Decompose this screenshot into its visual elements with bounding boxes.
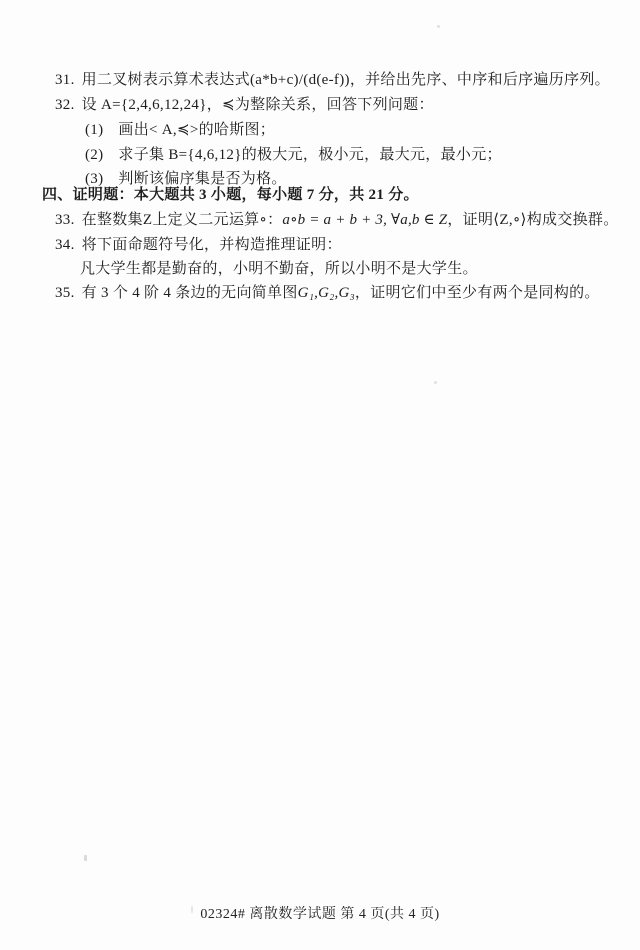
part-text: 判断该偏序集是否为格。	[118, 171, 286, 187]
question-35: 35.有 3 个 4 阶 4 条边的无向简单图G₁,G₂,G₃，证明它们中至少有…	[55, 285, 600, 301]
question-32: 32.设 A={2,4,6,12,24}，≼为整除关系，回答下列问题：	[55, 97, 434, 113]
question-text-suffix: ，证明它们中至少有两个是同构的。	[355, 285, 600, 301]
scan-artifact	[84, 855, 87, 861]
part-text: 求子集 B={4,6,12}的极大元，极小元，最大元，最小元；	[118, 147, 501, 163]
question-text-prefix: 在整数集Z上定义二元运算∘：	[82, 212, 283, 228]
section-heading: 四、证明题：本大题共 3 小题，每小题 7 分，共 21 分。	[42, 187, 419, 203]
math-expression: a∘b = a + b + 3, ∀a,b ∈ Z	[282, 212, 447, 228]
question-31: 31.用二叉树表示算术表达式(a*b+c)/(d(e-f))，并给出先序、中序和…	[55, 72, 610, 88]
question-32-part-1: (1)画出< A,≼>的哈斯图；	[85, 122, 275, 138]
question-34-body: 凡大学生都是勤奋的，小明不勤奋，所以小明不是大学生。	[80, 261, 478, 277]
math-expression: G₁,G₂,G₃	[298, 285, 355, 301]
question-32-part-3: (3)判断该偏序集是否为格。	[85, 171, 287, 187]
scan-artifact	[434, 381, 437, 384]
question-text: 用二叉树表示算术表达式(a*b+c)/(d(e-f))，并给出先序、中序和后序遍…	[82, 72, 610, 88]
part-number: (2)	[85, 147, 103, 163]
question-number: 35.	[55, 285, 75, 301]
part-number: (3)	[85, 171, 103, 187]
question-number: 34.	[55, 237, 75, 253]
question-text: 将下面命题符号化，并构造推理证明：	[82, 237, 342, 253]
question-text-suffix: ，证明⟨Z,∘⟩构成交换群。	[447, 212, 618, 228]
question-34: 34.将下面命题符号化，并构造推理证明：	[55, 237, 342, 253]
question-32-part-2: (2)求子集 B={4,6,12}的极大元，极小元，最大元，最小元；	[85, 147, 502, 163]
question-number: 31.	[55, 72, 75, 88]
scan-artifact	[437, 25, 440, 28]
exam-page: 31.用二叉树表示算术表达式(a*b+c)/(d(e-f))，并给出先序、中序和…	[0, 0, 640, 950]
part-text: 画出< A,≼>的哈斯图；	[118, 122, 275, 138]
question-text: 设 A={2,4,6,12,24}，≼为整除关系，回答下列问题：	[82, 97, 434, 113]
question-number: 32.	[55, 97, 75, 113]
part-number: (1)	[85, 122, 103, 138]
question-text-prefix: 有 3 个 4 阶 4 条边的无向简单图	[82, 285, 298, 301]
question-33: 33.在整数集Z上定义二元运算∘：a∘b = a + b + 3, ∀a,b ∈…	[55, 212, 619, 228]
question-number: 33.	[55, 212, 75, 228]
page-footer: 02324# 离散数学试题 第 4 页(共 4 页)	[0, 903, 640, 923]
